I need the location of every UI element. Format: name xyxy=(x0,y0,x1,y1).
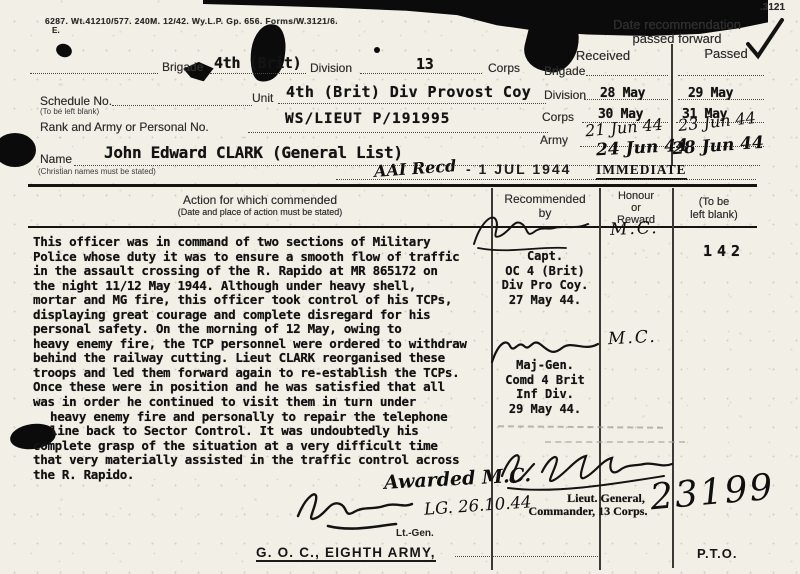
left-blank-line1: (To be xyxy=(674,196,754,209)
division-field-label: Division xyxy=(310,61,352,75)
citation-line: the night 11/12 May 1944. Although under… xyxy=(33,279,498,294)
recommender-2-rank: Maj-Gen. xyxy=(493,358,597,373)
lt-gen-caption: Lt.-Gen. xyxy=(396,528,434,539)
citation-line: displaying great courage and complete di… xyxy=(33,308,498,323)
citation-line: complete grasp of the situation at a ver… xyxy=(33,439,498,454)
recommender-1-unit1: OC 4 (Brit) xyxy=(493,264,597,279)
schedule-note: (To be left blank) xyxy=(40,107,99,116)
name-value: John Edward CLARK (General List) xyxy=(104,143,403,162)
honour-header-line1: Honour xyxy=(601,190,671,202)
routing-title-line1: Date recommendation xyxy=(558,18,796,32)
dotted-rule xyxy=(336,179,756,180)
dotted-rule xyxy=(30,73,158,74)
unit-label: Unit xyxy=(252,91,273,105)
citation-line: line back to Sector Control. It was undo… xyxy=(33,424,498,439)
scanned-document: 6287. Wt.41210/577. 240M. 12/42. Wy.L.P.… xyxy=(0,0,800,574)
scan-smudge xyxy=(498,425,663,428)
dotted-rule xyxy=(112,105,252,106)
form-number: .3121 xyxy=(760,2,785,13)
dotted-rule xyxy=(678,75,764,76)
citation-line: mortar and MG fire, this officer took co… xyxy=(33,293,498,308)
citation-line: Once these were in position and he was s… xyxy=(33,380,498,395)
recommended-by-line1: Recommended xyxy=(493,193,597,207)
schedule-label: Schedule No. xyxy=(40,94,112,108)
pto-note: P.T.O. xyxy=(697,546,737,561)
action-column-subheader: (Date and place of action must be stated… xyxy=(50,207,470,217)
citation-line: heavy enemy fire and personally to repai… xyxy=(33,410,498,425)
name-label: Name xyxy=(40,152,72,166)
dotted-rule xyxy=(210,73,306,74)
citation-line: in the assault crossing of the R. Rapido… xyxy=(33,264,498,279)
left-blank-line2: left blank) xyxy=(674,209,754,222)
citation-line: heavy enemy fire, the TCP personnel were… xyxy=(33,337,498,352)
recommender-1-date: 27 May 44. xyxy=(493,293,597,308)
recommender-2-date: 29 May 44. xyxy=(493,402,597,417)
dotted-rule xyxy=(584,99,668,100)
corps-value: 13 xyxy=(416,55,433,73)
dotted-rule xyxy=(360,73,482,74)
citation-line: that very materially assisted in the tra… xyxy=(33,453,498,468)
division-value: 4th (Brit) xyxy=(214,54,301,72)
citation-line: personal safety. On the morning of 12 Ma… xyxy=(33,322,498,337)
citation-line: Police whose duty it was to ensure a smo… xyxy=(33,250,498,265)
routing-row-corps: Corps xyxy=(542,110,574,124)
honour-header-line2: or xyxy=(601,202,671,214)
ink-blot xyxy=(247,22,289,84)
recommender-1-details: Capt. OC 4 (Brit) Div Pro Coy. 27 May 44… xyxy=(493,249,597,307)
ink-speck xyxy=(54,42,73,60)
citation-line: This officer was in command of two secti… xyxy=(33,235,498,250)
printer-imprint-fragment: E. xyxy=(52,26,60,35)
name-note: (Christian names must be stated) xyxy=(38,167,156,176)
action-column-header: Action for which commended xyxy=(50,193,470,207)
brigade-field-label: Brigade xyxy=(162,60,203,74)
honour-recommended-1: M.C. xyxy=(610,218,659,240)
left-blank-header: (To be left blank) xyxy=(674,196,754,221)
table-top-rule xyxy=(28,184,757,187)
unit-value: 4th (Brit) Div Provost Coy xyxy=(286,83,531,101)
routing-title-line2: passed forward xyxy=(558,32,796,46)
recommender-1-rank: Capt. xyxy=(493,249,597,264)
recommender-2-unit2: Inf Div. xyxy=(493,387,597,402)
dotted-rule xyxy=(455,556,598,557)
routing-row-brigade: Brigade xyxy=(544,64,585,78)
hole-punch-mark xyxy=(0,133,36,167)
recommender-2-details: Maj-Gen. Comd 4 Brit Inf Div. 29 May 44. xyxy=(493,358,597,416)
corps-field-label: Corps xyxy=(488,61,520,75)
recommender-2-unit1: Comd 4 Brit xyxy=(493,373,597,388)
dotted-rule xyxy=(248,132,548,133)
routing-row-division: Division xyxy=(544,88,586,102)
serial-number: 142 xyxy=(703,242,745,260)
citation-line: behind the railway cutting. Lieut CLARK … xyxy=(33,351,498,366)
rank-label: Rank and Army or Personal No. xyxy=(40,120,209,134)
routing-col-passed: Passed xyxy=(676,46,776,61)
citation-text: This officer was in command of two secti… xyxy=(33,235,498,482)
honour-recommended-2: M.C. xyxy=(608,327,658,350)
citation-line: was in order he continued to visit them … xyxy=(33,395,498,410)
routing-row-army: Army xyxy=(540,133,568,147)
army-commander-signature xyxy=(292,480,417,535)
goc-eighth-army-caption: G. O. C., EIGHTH ARMY, xyxy=(256,545,436,562)
immediate-stamp: IMMEDIATE xyxy=(596,162,687,180)
routing-title: Date recommendation passed forward xyxy=(558,18,796,46)
date-received-stamp: - 1 JUL 1944 xyxy=(466,161,571,177)
routing-col-received: Received xyxy=(548,48,658,63)
dotted-rule xyxy=(678,99,764,100)
ink-speck xyxy=(374,47,380,53)
dotted-rule xyxy=(278,103,546,104)
printer-imprint: 6287. Wt.41210/577. 240M. 12/42. Wy.L.P.… xyxy=(45,16,338,26)
recommender-1-unit2: Div Pro Coy. xyxy=(493,278,597,293)
citation-line: troops and led them forward again to re-… xyxy=(33,366,498,381)
rank-value: WS/LIEUT P/191995 xyxy=(285,111,450,127)
dotted-rule xyxy=(586,75,668,76)
